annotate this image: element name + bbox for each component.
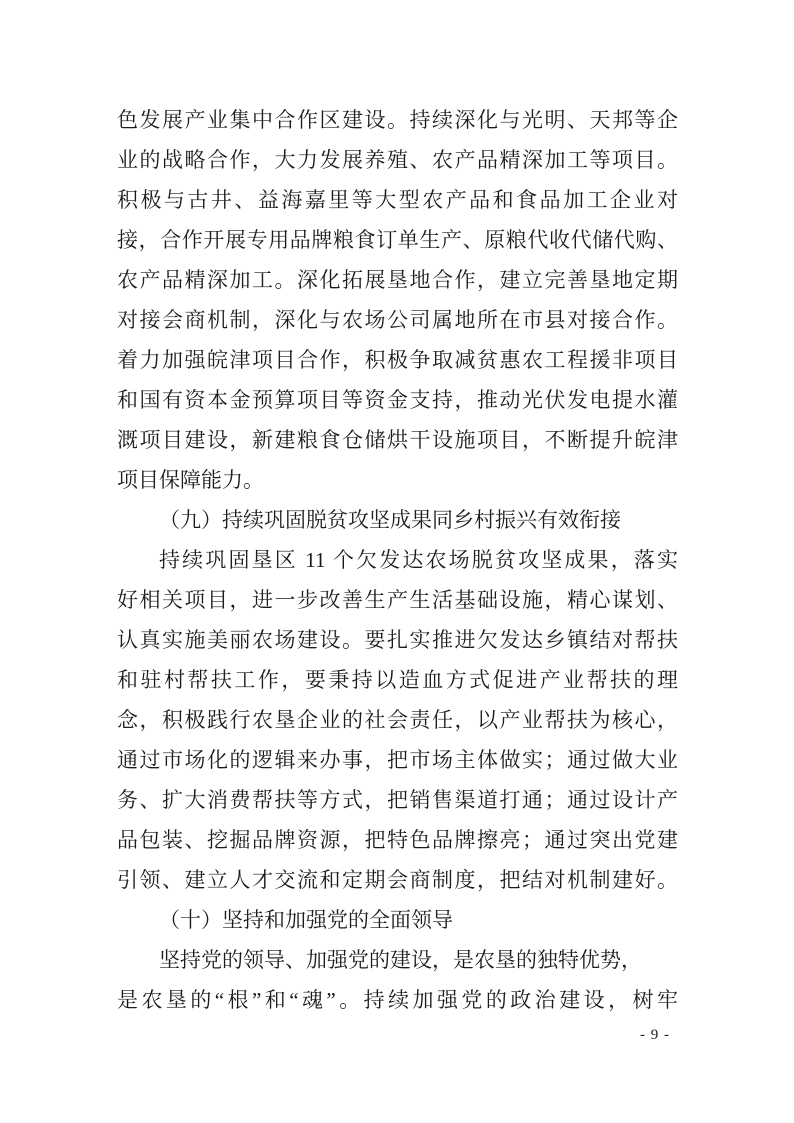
text-line: 引领、建立人才交流和定期会商制度，把结对机制建好。 (117, 860, 678, 900)
text-line: 积极与古井、益海嘉里等大型农产品和食品加工企业对 (117, 180, 678, 220)
text-line: 溉项目建设，新建粮食仓储烘干设施项目，不断提升皖津 (117, 420, 678, 460)
text-line: 着力加强皖津项目合作，积极争取减贫惠农工程援非项目 (117, 340, 678, 380)
text-line: 和国有资本金预算项目等资金支持，推动光伏发电提水灌 (117, 380, 678, 420)
document-page: 色发展产业集中合作区建设。持续深化与光明、天邦等企业的战略合作，大力发展养殖、农… (0, 0, 794, 1123)
document-body: 色发展产业集中合作区建设。持续深化与光明、天邦等企业的战略合作，大力发展养殖、农… (117, 100, 678, 1020)
text-line: 项目保障能力。 (117, 460, 678, 500)
text-line: 品包装、挖掘品牌资源，把特色品牌擦亮；通过突出党建 (117, 820, 678, 860)
text-line: 通过市场化的逻辑来办事，把市场主体做实；通过做大业 (117, 740, 678, 780)
section-heading: （十）坚持和加强党的全面领导 (117, 900, 678, 940)
text-line: 业的战略合作，大力发展养殖、农产品精深加工等项目。 (117, 140, 678, 180)
section-heading: （九）持续巩固脱贫攻坚成果同乡村振兴有效衔接 (117, 500, 678, 540)
text-line: 认真实施美丽农场建设。要扎实推进欠发达乡镇结对帮扶 (117, 620, 678, 660)
page-number: - 9 - (640, 1027, 670, 1044)
text-line: 务、扩大消费帮扶等方式，把销售渠道打通；通过设计产 (117, 780, 678, 820)
text-line: 念，积极践行农垦企业的社会责任，以产业帮扶为核心， (117, 700, 678, 740)
text-line: 农产品精深加工。深化拓展垦地合作，建立完善垦地定期 (117, 260, 678, 300)
text-line: 对接会商机制，深化与农场公司属地所在市县对接合作。 (117, 300, 678, 340)
text-line: 持续巩固垦区 11 个欠发达农场脱贫攻坚成果，落实 (117, 540, 678, 580)
text-line: 和驻村帮扶工作，要秉持以造血方式促进产业帮扶的理 (117, 660, 678, 700)
text-line: 色发展产业集中合作区建设。持续深化与光明、天邦等企 (117, 100, 678, 140)
text-line: 是农垦的“根”和“魂”。持续加强党的政治建设，树牢 (117, 980, 678, 1020)
text-line: 好相关项目，进一步改善生产生活基础设施，精心谋划、 (117, 580, 678, 620)
text-line: 接，合作开展专用品牌粮食订单生产、原粮代收代储代购、 (117, 220, 678, 260)
text-line: 坚持党的领导、加强党的建设，是农垦的独特优势， (117, 940, 678, 980)
